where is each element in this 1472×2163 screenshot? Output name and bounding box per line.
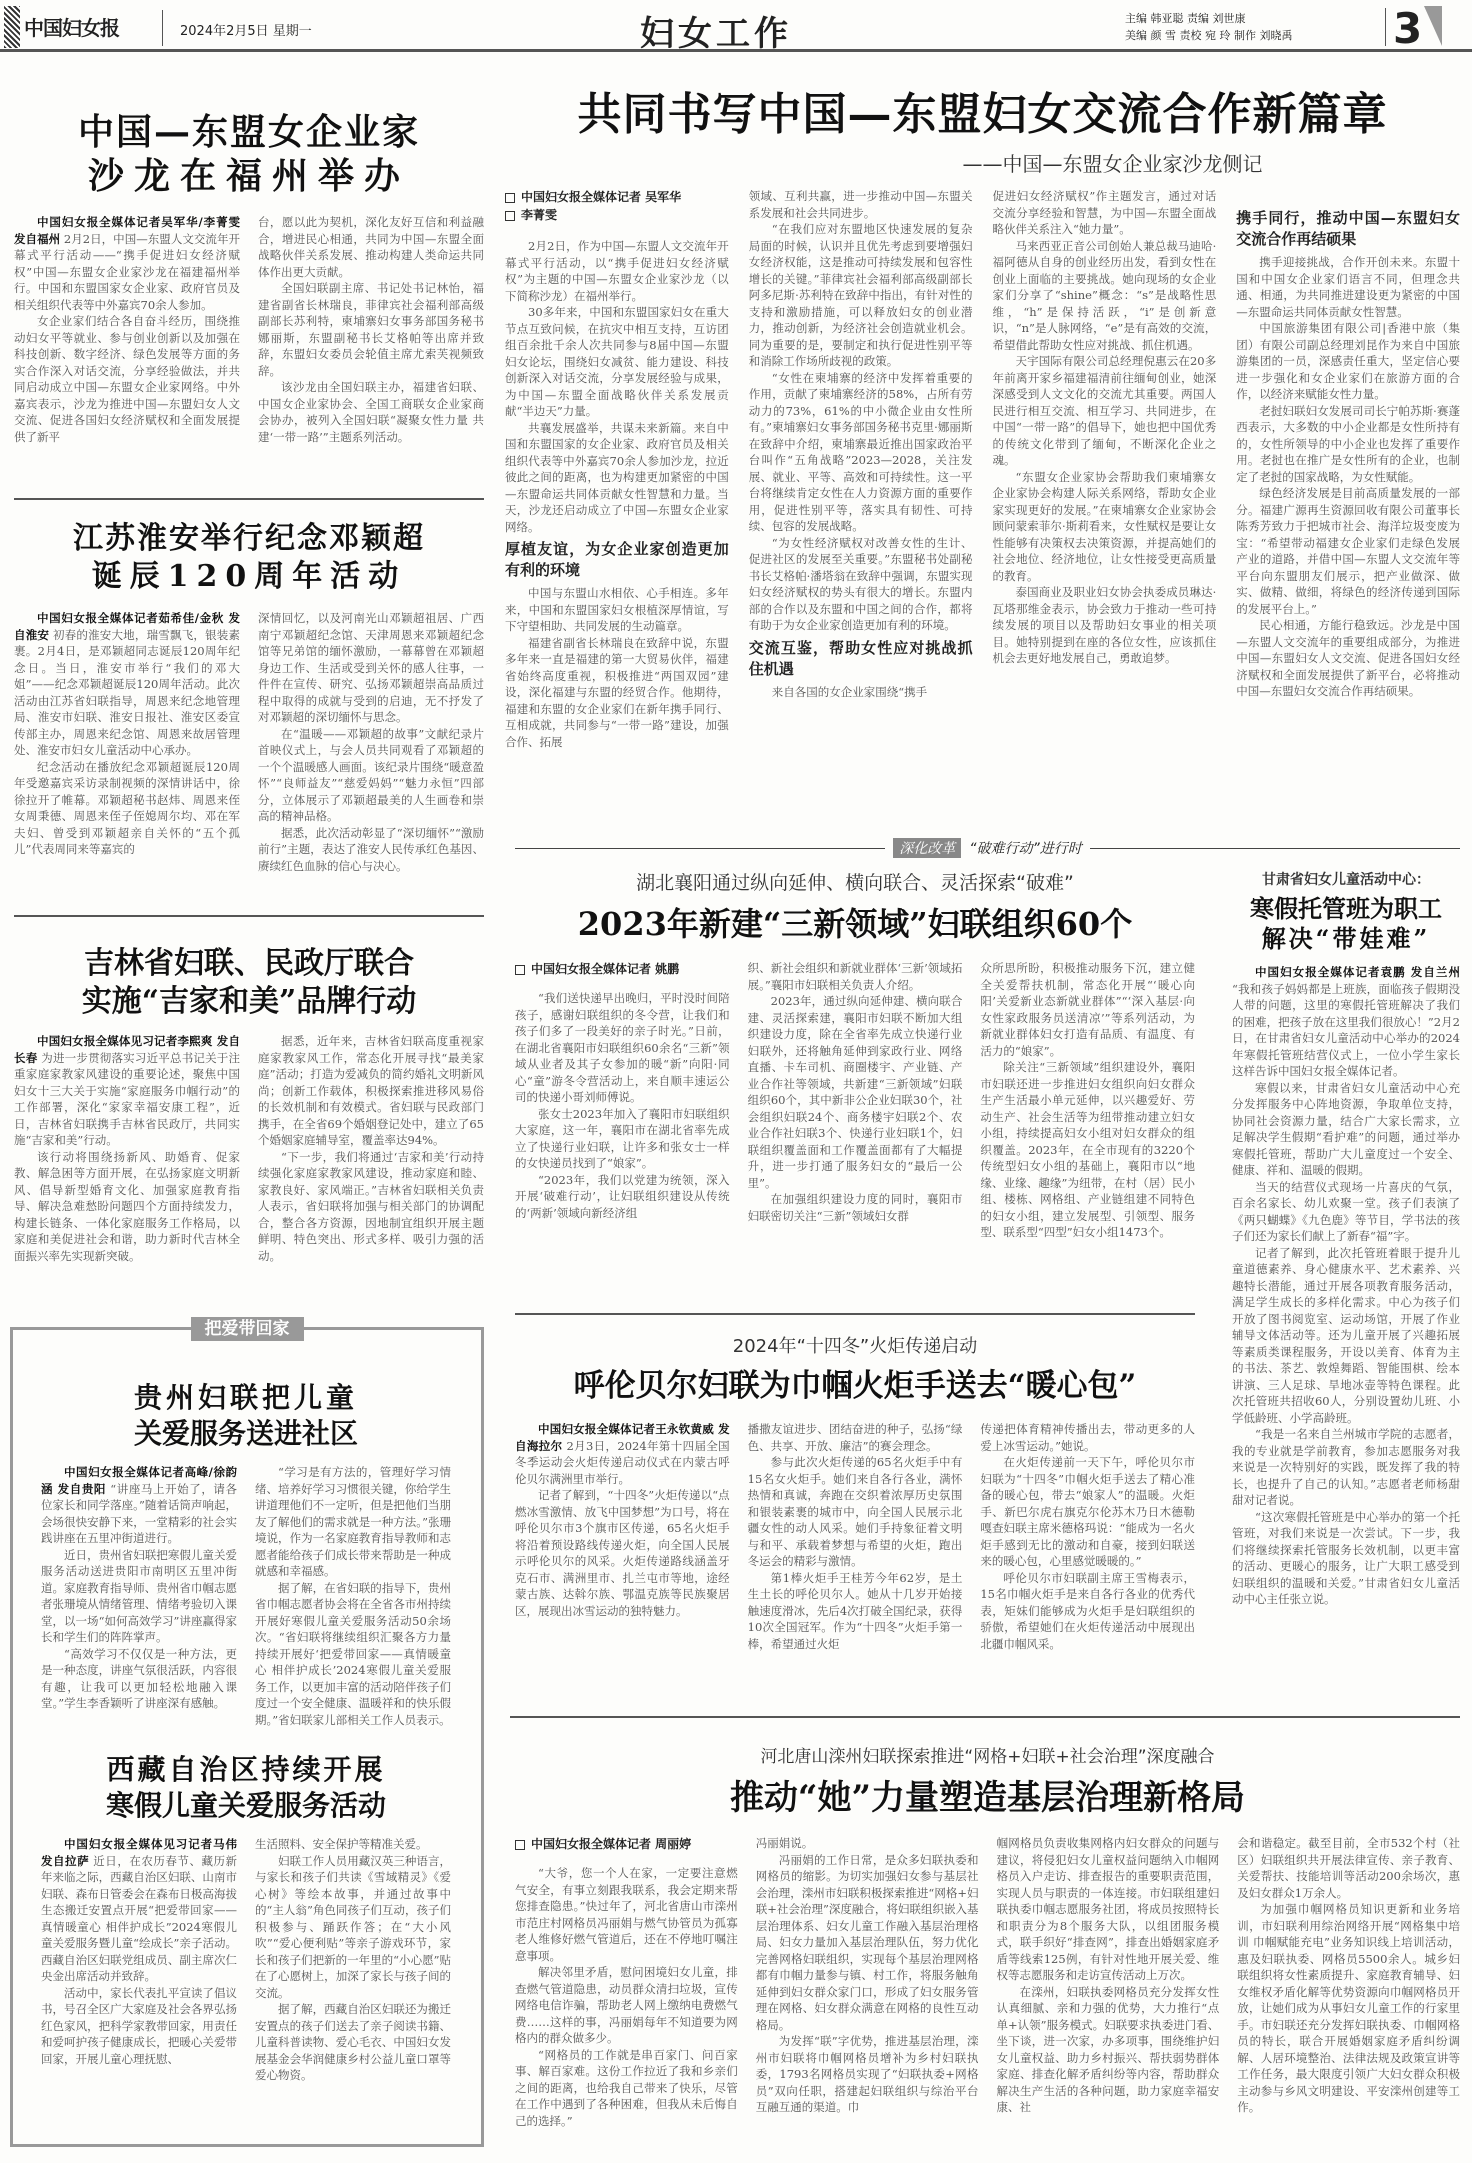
box-icon	[505, 193, 515, 203]
article-gansu: 甘肃省妇女儿童活动中心： 寒假托管班为职工 解决“带娃难” 中国妇女报全媒体记者…	[1232, 870, 1460, 1608]
paragraph: 该行动将围绕扬新风、助婚育、促家教、解急困等方面开展，在弘扬家庭文明新风、倡导新…	[14, 1149, 240, 1265]
paragraph: “我是一名来自兰州城市学院的志愿者，我的专业就是学前教育，参加志愿服务对我来说是…	[1232, 1426, 1460, 1509]
article-column: 会和谐稳定。截至目前，全市532个村（社区）妇联组织共开展法律宣传、亲子教育、关…	[1237, 1835, 1460, 2129]
paragraph: 冯丽娟的工作日常，是众多妇联执委和网格员的缩影。为切实加强妇女参与基层社会治理，…	[756, 1852, 979, 2034]
box-icon	[505, 211, 515, 221]
article-column: 帼网格员负责收集网格内妇女群众的问题与建议，将侵犯妇女儿童权益问题纳入巾帼网格员…	[997, 1835, 1220, 2129]
section-banner: 深化改革 “破难行动”进行时	[515, 838, 1460, 858]
box-tag: 把爱带回家	[191, 1317, 304, 1341]
paragraph: 天宇国际有限公司总经理倪惠云在20多年前离开家乡福建福清前往缅甸创业，她深深感受…	[993, 353, 1217, 469]
editor-credits: 主编 韩亚聪 责编 刘世康 美编 颜 雪 责校 宛 玲 制作 刘晓禹	[1125, 10, 1292, 44]
divider	[515, 848, 885, 849]
divider	[14, 915, 484, 917]
article-column: 生活照料、安全保护等精准关爱。 妇联工作人员用藏汉英三种语言，与家长和孩子们共读…	[255, 1836, 451, 2084]
paragraph: 第1棒火炬手王桂芳今年62岁，是土生土长的呼伦贝尔人。她从十几岁开始接触速度滑冰…	[748, 1570, 963, 1653]
article-column: 中国妇女报全媒体记者茹希佳/金秋 发自淮安 初春的淮安大地，瑞雪飘飞，银装素裹。…	[14, 610, 240, 874]
paragraph: “学习是有方法的，管理好学习情绪、培养好学习习惯很关键，你给学生讲道理他们不一定…	[255, 1464, 451, 1580]
article-column: 中国妇女报全媒体记者袁鹏 发自兰州 “我和孩子妈妈都是上班族，面临孩子假期没人带…	[1232, 964, 1460, 1608]
divider	[1385, 8, 1386, 46]
paragraph: 近日，在农历春节、藏历新年来临之际，西藏自治区妇联、山南市妇联、森布日管委会在森…	[41, 1854, 237, 1984]
article-kicker: 2024年“十四冬”火炬传递启动	[515, 1335, 1195, 1359]
article-column: 领域、互利共赢，进一步推动中国—东盟关系发展和社会共同进步。 “在我们应对东盟地…	[749, 188, 973, 750]
section-subhead: 携手同行，推动中国—东盟妇女交流合作再结硕果	[1236, 208, 1460, 250]
divider	[510, 1716, 1460, 1718]
article-column: 播撒友谊进步、团结奋进的种子，弘扬“绿色、共享、开放、廉洁”的赛会理念。 参与此…	[748, 1421, 963, 1652]
article-headline: 江苏淮安举行纪念邓颖超 诞辰120周年活动	[14, 520, 484, 596]
article-column: 中国妇女报全媒体记者 吴军华 李菁雯 2月2日，作为中国—东盟人文交流年开幕式平…	[505, 188, 729, 750]
article-headline: 中国—东盟女企业家 沙龙在福州举办	[14, 110, 484, 198]
paragraph: 近日，贵州省妇联把寒假儿童关爱服务活动送进贵阳市南明区五里冲街道。家庭教育指导师…	[41, 1547, 237, 1646]
article-headline: 贵州妇联把儿童 关爱服务送进社区	[41, 1380, 451, 1452]
paragraph: 30多年来，中国和东盟国家妇女在重大节点互致问候，在抗灾中相互支持，互访团组百余…	[505, 304, 729, 420]
paragraph: 共襄发展盛举，共谋未来新篇。来自中国和东盟国家的女企业家、政府官员及相关组织代表…	[505, 420, 729, 536]
paragraph: “东盟女企业家协会帮助我们柬埔寨女企业家协会构建人际关系网络，帮助女企业家实现更…	[993, 469, 1217, 585]
divider	[1090, 848, 1460, 849]
paragraph: 除关注“三新领域”组织建设外，襄阳市妇联还进一步推进妇女组织向妇女群众生产生活最…	[980, 1059, 1195, 1241]
box-icon	[515, 965, 525, 975]
article-kicker: 河北唐山滦州妇联探索推进“网格+妇联+社会治理”深度融合	[515, 1745, 1460, 1769]
headline-line: 寒假托管班为职工	[1232, 894, 1460, 924]
paragraph: 据了解，在省妇联的指导下，贵州省巾帼志愿者协会将在全省各市州持续开展好寒假儿童关…	[255, 1580, 451, 1729]
paragraph: “下一步，我们将通过‘吉家和美’行动持续强化家庭家教家风建设，推动家庭和睦、家教…	[258, 1149, 484, 1265]
article-tibet: 西藏自治区持续开展 寒假儿童关爱服务活动 中国妇女报全媒体见习记者马伟 发自拉萨…	[13, 1728, 481, 2084]
byline: 中国妇女报全媒体记者袁鹏 发自兰州	[1255, 965, 1460, 979]
article-column: 众所思所盼，积极推动服务下沉，建立健全关爱帮扶机制，常态化开展“‘暖心向阳’关爱…	[980, 960, 1195, 1241]
paragraph: 记者了解到，此次托管班着眼于提升儿童道德素养、身心健康水平、艺术素养、兴趣特长潜…	[1232, 1245, 1460, 1427]
box-icon	[515, 1840, 525, 1850]
paragraph: 为发挥“联”字优势，推进基层治理，滦州市妇联将巾帼网格员增补为乡村妇联执委，17…	[756, 2033, 979, 2116]
paragraph: 织、新社会组织和新就业群体‘三新’领域拓展。”襄阳市妇联相关负责人介绍。	[748, 960, 963, 993]
headline-line: 沙龙在福州举办	[14, 154, 484, 198]
editor-line-1: 主编 韩亚聪 责编 刘世康	[1125, 10, 1292, 27]
paragraph: 帼网格员负责收集网格内妇女群众的问题与建议，将侵犯妇女儿童权益问题纳入巾帼网格员…	[997, 1835, 1220, 1984]
article-asean-sidebar: 共同书写中国—东盟妇女交流合作新篇章 ——中国—东盟女企业家沙龙侧记 中国妇女报…	[505, 88, 1460, 750]
paragraph: 记者了解到，“十四冬”火炬传递以“点燃冰雪激情、放飞中国梦想”为口号，将在呼伦贝…	[515, 1487, 730, 1619]
article-huaian: 江苏淮安举行纪念邓颖超 诞辰120周年活动 中国妇女报全媒体记者茹希佳/金秋 发…	[14, 520, 484, 874]
divider	[14, 498, 484, 500]
section-title: 妇女工作	[640, 6, 792, 55]
paragraph: “我和孩子妈妈都是上班族，面临孩子假期没人带的问题，这里的寒假托管班解决了我们的…	[1232, 982, 1460, 1079]
headline-line: 中国—东盟女企业家	[14, 110, 484, 154]
article-headline: 2023年新建“三新领域”妇联组织60个	[515, 902, 1195, 946]
paragraph: 中国旅游集团有限公司|香港中旅（集团）有限公司副总经理刘昆作为来自中国旅游集团的…	[1236, 320, 1460, 403]
paragraph: 在加强组织建设力度的同时，襄阳市妇联密切关注“三新”领域妇女群	[748, 1191, 963, 1224]
paragraph: 据悉，近年来，吉林省妇联高度重视家庭家教家风工作，常态化开展寻找“最美家庭”活动…	[258, 1033, 484, 1149]
page-number: 3	[1393, 4, 1422, 53]
paragraph: 马来西亚正音公司创始人兼总裁马迪哈·福阿德从自身的创业经历出发，看到女性在创业上…	[993, 238, 1217, 354]
article-hulunbuir: 2024年“十四冬”火炬传递启动 呼伦贝尔妇联为巾帼火炬手送去“暖心包” 中国妇…	[515, 1335, 1195, 1652]
qr-code-icon	[4, 6, 20, 48]
issue-date: 2024年2月5日 星期一	[180, 20, 312, 39]
headline-line: 诞辰120周年活动	[14, 558, 484, 596]
paragraph: 据了解，西藏自治区妇联还为搬迁安置点的孩子们送去了亲子阅读书籍、儿童科普读物、爱…	[255, 2001, 451, 2084]
page-corner-icon	[1424, 6, 1442, 46]
paragraph: 会和谐稳定。截至目前，全市532个村（社区）妇联组织共开展法律宣传、亲子教育、关…	[1237, 1835, 1460, 1901]
paragraph: 寒假以来，甘肃省妇女儿童活动中心充分发挥服务中心阵地资源，争取单位支持，协同社会…	[1232, 1080, 1460, 1179]
section-subhead: 交流互鉴，帮助女性应对挑战抓住机遇	[749, 638, 973, 680]
headline-line: 寒假儿童关爱服务活动	[41, 1788, 451, 1824]
paragraph: “网格员的工作就是串百家门、问百家事、解百家难。这份工作拉近了我和乡亲们之间的距…	[515, 2047, 738, 2130]
paragraph: 呼伦贝尔市妇联副主席王雪梅表示，15名巾帼火炬手是来自各行各业的优秀代表，矩妹们…	[980, 1570, 1195, 1653]
article-column: 深情回忆，以及河南光山邓颖超祖居、广西南宁邓颖超纪念馆、天津周恩来邓颖超纪念馆等…	[258, 610, 484, 874]
paragraph: 促进妇女经济赋权”作主题发言，通过对话交流分享经验和智慧，为中国—东盟全面战略伙…	[993, 188, 1217, 238]
paragraph: 台，愿以此为契机，深化友好互信和利益融合，增进民心相通，共同为中国—东盟全面战略…	[258, 214, 484, 280]
paragraph: 老挝妇联妇女发展司司长宁帕苏斯·赛蓬西表示，大多数的中小企业都是女性所持有的，女…	[1236, 403, 1460, 486]
article-kicker: 湖北襄阳通过纵向延伸、横向联合、灵活探索“破难”	[515, 870, 1195, 896]
paragraph: 冯丽娟说。	[756, 1835, 979, 1852]
article-column: 据悉，近年来，吉林省妇联高度重视家庭家教家风工作，常态化开展寻找“最美家庭”活动…	[258, 1033, 484, 1264]
divider	[162, 10, 163, 46]
article-column: 台，愿以此为契机，深化友好互信和利益融合，增进民心相通，共同为中国—东盟全面战略…	[258, 214, 484, 445]
headline-line: 西藏自治区持续开展	[41, 1752, 451, 1788]
article-column: “学习是有方法的，管理好学习情绪、培养好学习习惯很关键，你给学生讲道理他们不一定…	[255, 1464, 451, 1728]
paragraph: 2月2日，作为中国—东盟人文交流年开幕式平行活动，以“携手促进妇女经济赋权”为主…	[505, 238, 729, 304]
paragraph: 参与此次火炬传递的65名火炬手中有15名女火炬手。她们来自各行各业，满怀热情和真…	[748, 1454, 963, 1570]
byline-text: 李菁雯	[521, 208, 557, 222]
article-column: 中国妇女报全媒体记者高峰/徐韵涵 发自贵阳 “讲座马上开始了，请各位家长和同学落…	[41, 1464, 237, 1728]
paragraph: “在我们应对东盟地区快速发展的复杂局面的时候，认识并且优先考虑到要增强妇女经济权…	[749, 221, 973, 370]
paragraph: 众所思所盼，积极推动服务下沉，建立健全关爱帮扶机制，常态化开展“‘暖心向阳’关爱…	[980, 960, 1195, 1059]
feature-box: 把爱带回家 贵州妇联把儿童 关爱服务送进社区 中国妇女报全媒体记者高峰/徐韵涵 …	[10, 1327, 484, 2147]
paragraph: 解决邻里矛盾，慰问困境妇女儿童，排查燃气管道隐患，动员群众清扫垃圾，宣传网络电信…	[515, 1964, 738, 2047]
paragraph: 领域、互利共赢，进一步推动中国—东盟关系发展和社会共同进步。	[749, 188, 973, 221]
article-column: 中国妇女报全媒体见习记者李熙爽 发自长春 为进一步贯彻落实习近平总书记关于注重家…	[14, 1033, 240, 1264]
paragraph: 绿色经济发展是目前高质量发展的一部分。福建广源再生资源回收有限公司董事长陈秀芳致…	[1236, 485, 1460, 617]
article-guizhou: 贵州妇联把儿童 关爱服务送进社区 中国妇女报全媒体记者高峰/徐韵涵 发自贵阳 “…	[13, 1330, 481, 1728]
paragraph: 携手迎接挑战，合作开创未来。东盟十国和中国女企业家们语言不同，但理念共通、相通，…	[1236, 254, 1460, 320]
banner-label: “破难行动”进行时	[969, 838, 1082, 858]
byline-text: 中国妇女报全媒体记者 吴军华	[521, 190, 681, 204]
paragraph: “高效学习不仅仅是一种方法，更是一种态度，讲座气氛很活跃，内容很有趣，让我可以更…	[41, 1646, 237, 1712]
article-jilin: 吉林省妇联、民政厅联合 实施“吉家和美”品牌行动 中国妇女报全媒体见习记者李熙爽…	[14, 945, 484, 1264]
paragraph: “2023年，我们以党建为统领，深入开展‘破难行动’，让妇联组织建设从传统的‘两…	[515, 1172, 730, 1222]
paragraph: “我们送快递早出晚归，平时没时间陪孩子，感谢妇联组织的冬令营，让我们和孩子们多了…	[515, 990, 730, 1106]
paragraph: 深情回忆，以及河南光山邓颖超祖居、广西南宁邓颖超纪念馆、天津周恩来邓颖超纪念馆等…	[258, 610, 484, 726]
byline: 中国妇女报全媒体记者 吴军华	[505, 188, 729, 206]
paragraph: 民心相通，方能行稳致远。沙龙是中国—东盟人文交流年的重要组成部分，为推进中国—东…	[1236, 617, 1460, 700]
paragraph: 妇联工作人员用藏汉英三种语言，与家长和孩子们共读《雪域精灵》《爱心树》等绘本故事…	[255, 1853, 451, 2002]
paragraph: “这次寒假托管班是中心举办的第一个托管班，对我们来说是一次尝试。下一步，我们将继…	[1232, 1509, 1460, 1608]
article-luanzhou: 河北唐山滦州妇联探索推进“网格+妇联+社会治理”深度融合 推动“她”力量塑造基层…	[515, 1745, 1460, 2129]
article-headline: 推动“她”力量塑造基层治理新格局	[515, 1775, 1460, 1821]
article-asean-salon: 中国—东盟女企业家 沙龙在福州举办 中国妇女报全媒体记者吴军华/李菁雯 发自福州…	[14, 110, 484, 445]
paragraph: 初春的淮安大地，瑞雪飘飞，银装素裹。2月4日，是邓颖超同志诞辰120周年纪念日。…	[14, 628, 240, 758]
article-column: 中国妇女报全媒体见习记者马伟 发自拉萨 近日，在农历春节、藏历新年来临之际，西藏…	[41, 1836, 237, 2084]
headline-line: 解决“带娃难”	[1232, 924, 1460, 954]
article-headline: 寒假托管班为职工 解决“带娃难”	[1232, 894, 1460, 954]
article-column: 中国妇女报全媒体记者王永钦黄威 发自海拉尔 2月3日，2024年第十四届全国冬季…	[515, 1421, 730, 1652]
paragraph: 为进一步贯彻落实习近平总书记关于注重家庭家教家风建设的重要论述，聚焦中国妇女十三…	[14, 1051, 240, 1148]
paragraph: “女性在柬埔寨的经济中发挥着重要的作用，贡献了柬埔寨经济的58%，占所有劳动力的…	[749, 370, 973, 535]
paragraph: 为加强巾帼网格员知识更新和业务培训，市妇联利用综治网络开展“网格集中培训 巾帼赋…	[1237, 1901, 1460, 2116]
article-kicker: 甘肃省妇女儿童活动中心：	[1232, 870, 1460, 890]
paragraph: 全国妇联副主席、书记处书记林怡，福建省副省长林瑞良，菲律宾社会福利部高级副部长苏…	[258, 280, 484, 379]
headline-line: 关爱服务送进社区	[41, 1416, 451, 1452]
byline-text: 中国妇女报全媒体记者 姚鹏	[531, 962, 679, 976]
paragraph: “大爷，您一个人在家，一定要注意燃气安全，有事立刻跟我联系，我会定期来帮您排查隐…	[515, 1865, 738, 1964]
headline-line: 贵州妇联把儿童	[41, 1380, 451, 1416]
article-column: 中国妇女报全媒体记者 姚鹏 “我们送快递早出晚归，平时没时间陪孩子，感谢妇联组织…	[515, 960, 730, 1241]
paragraph: 福建省副省长林瑞良在致辞中说，东盟多年来一直是福建的第一大贸易伙伴，福建省始终高…	[505, 635, 729, 751]
paragraph: 在“温暖——邓颖超的故事”文献纪录片首映仪式上，与会人员共同观看了邓颖超的一个个…	[258, 726, 484, 825]
byline: 中国妇女报全媒体记者 周丽婷	[515, 1835, 738, 1853]
editor-line-2: 美编 颜 雪 责校 宛 玲 制作 刘晓禹	[1125, 27, 1292, 44]
article-column: 冯丽娟说。 冯丽娟的工作日常，是众多妇联执委和网格员的缩影。为切实加强妇女参与基…	[756, 1835, 979, 2129]
byline: 李菁雯	[505, 206, 729, 224]
article-xiangyang: 湖北襄阳通过纵向延伸、横向联合、灵活探索“破难” 2023年新建“三新领域”妇联…	[515, 870, 1195, 1241]
paragraph: 据悉，此次活动彰显了“深切缅怀”“激励前行”主题，表达了淮安人民传承红色基因、赓…	[258, 825, 484, 875]
article-subtitle: ——中国—东盟女企业家沙龙侧记	[505, 150, 1460, 178]
paragraph: 张女士2023年加入了襄阳市妇联组织大家庭，这一年，襄阳市在湖北省率先成立了快递…	[515, 1106, 730, 1172]
paragraph: 活动中，家长代表扎平宣读了倡议书，号召全区广大家庭及社会各界弘扬红色家风，把科学…	[41, 1985, 237, 2068]
article-headline: 呼伦贝尔妇联为巾帼火炬手送去“暖心包”	[515, 1365, 1195, 1407]
paragraph: 当天的结营仪式现场一片喜庆的气氛，百余名家长、幼儿欢聚一堂。孩子们表演了《两只蝴…	[1232, 1179, 1460, 1245]
article-column: 传递把体育精神传播出去，带动更多的人爱上冰雪运动。”她说。 在火炬传递前一天下午…	[980, 1421, 1195, 1652]
paragraph: 传递把体育精神传播出去，带动更多的人爱上冰雪运动。”她说。	[980, 1421, 1195, 1454]
byline: 中国妇女报全媒体记者 姚鹏	[515, 960, 730, 978]
paragraph: 泰国商业及职业妇女协会执委成员琳达·瓦塔那维金表示，协会致力于推动一些可持续发展…	[993, 584, 1217, 667]
article-headline: 西藏自治区持续开展 寒假儿童关爱服务活动	[41, 1752, 451, 1824]
paragraph: 播撒友谊进步、团结奋进的种子，弘扬“绿色、共享、开放、廉洁”的赛会理念。	[748, 1421, 963, 1454]
article-column: 织、新社会组织和新就业群体‘三新’领域拓展。”襄阳市妇联相关负责人介绍。 202…	[748, 960, 963, 1241]
section-subhead: 厚植友谊，为女企业家创造更加有利的环境	[505, 539, 729, 581]
paragraph: 中国与东盟山水相依、心手相连。多年来，中国和东盟国家妇女根植深厚情谊，写下守望相…	[505, 585, 729, 635]
article-column: 中国妇女报全媒体记者吴军华/李菁雯 发自福州 2月2日，中国—东盟人文交流年开幕…	[14, 214, 240, 445]
paragraph: 纪念活动在播放纪念邓颖超诞辰120周年受邀嘉宾采访录制视频的深情讲话中，徐徐拉开…	[14, 759, 240, 858]
paragraph: 女企业家们结合各自奋斗经历，围绕推动妇女平等就业、参与创业创新以及加强在科技创新…	[14, 313, 240, 445]
paragraph: 该沙龙由全国妇联主办，福建省妇联、中国女企业家协会、全国工商联女企业家商会协办，…	[258, 379, 484, 445]
paragraph: 在滦州，妇联执委网格员充分发挥女性认真细腻、亲和力强的优势，大力推行“点单+认领…	[997, 1984, 1220, 2116]
divider	[515, 1313, 1195, 1315]
newspaper-logo: 中国妇女报	[24, 12, 119, 41]
headline-line: 实施“吉家和美”品牌行动	[14, 983, 484, 1021]
paragraph: 在火炬传递前一天下午，呼伦贝尔市妇联为“十四冬”巾帼火炬手送去了精心准备的暖心包…	[980, 1454, 1195, 1570]
paragraph: 来自各国的女企业家围绕“携手	[749, 684, 973, 701]
article-column: 携手同行，推动中国—东盟妇女交流合作再结硕果 携手迎接挑战，合作开创未来。东盟十…	[1236, 188, 1460, 750]
article-column: 中国妇女报全媒体记者 周丽婷 “大爷，您一个人在家，一定要注意燃气安全，有事立刻…	[515, 1835, 738, 2129]
article-headline: 吉林省妇联、民政厅联合 实施“吉家和美”品牌行动	[14, 945, 484, 1021]
article-headline: 共同书写中国—东盟妇女交流合作新篇章	[505, 88, 1460, 142]
headline-line: 江苏淮安举行纪念邓颖超	[14, 520, 484, 558]
article-column: 促进妇女经济赋权”作主题发言，通过对话交流分享经验和智慧，为中国—东盟全面战略伙…	[993, 188, 1217, 750]
headline-line: 吉林省妇联、民政厅联合	[14, 945, 484, 983]
byline-text: 中国妇女报全媒体记者 周丽婷	[531, 1837, 691, 1851]
box-tag-wrap: 把爱带回家	[13, 1314, 481, 1339]
paragraph: 2023年，通过纵向延伸建、横向联合建、灵活探索建，襄阳市妇联不断加大组织建设力…	[748, 993, 963, 1191]
paragraph: 生活照料、安全保护等精准关爱。	[255, 1836, 451, 1853]
paragraph: “为女性经济赋权对改善女性的生计、促进社区的发展至关重要。”东盟秘书处副秘书长艾…	[749, 535, 973, 634]
banner-tag: 深化改革	[893, 838, 961, 858]
masthead: 中国妇女报 2024年2月5日 星期一 妇女工作 主编 韩亚聪 责编 刘世康 美…	[0, 0, 1472, 52]
